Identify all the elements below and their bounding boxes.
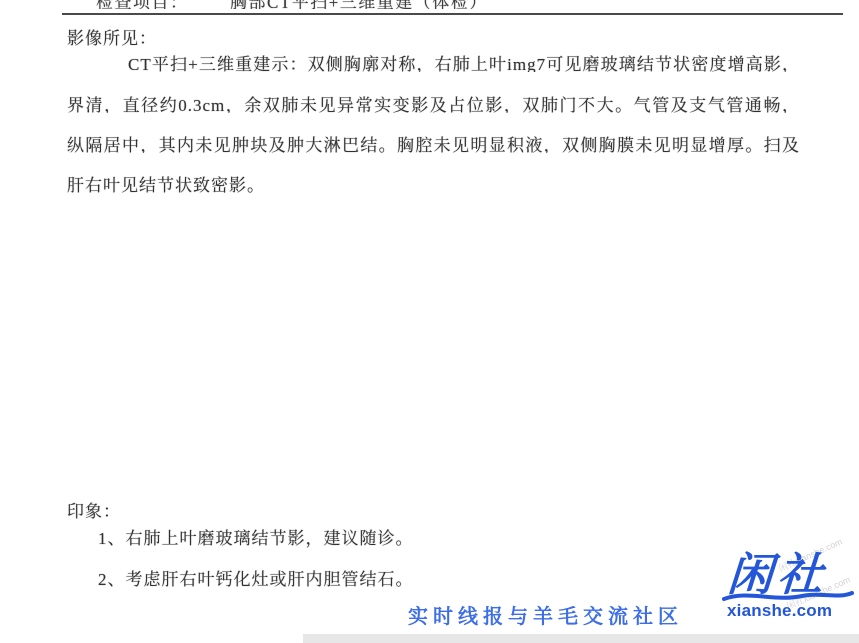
findings-line-3: 纵隔居中，其内未见肿块及肿大淋巴结。胸腔未见明显积液，双侧胸膜未见明显增厚。扫及 [67, 131, 800, 153]
header-divider [62, 13, 843, 15]
findings-section-label: 影像所见： [67, 24, 157, 49]
ct-report-page: 检查项目： 胸部CT平扫+三维重建（体检） 影像所见： CT平扫+三维重建示：双… [0, 0, 859, 643]
community-watermark-text: 实时线报与羊毛交流社区 [408, 600, 683, 629]
impression-item-1: 1、右肺上叶磨玻璃结节影，建议随诊。 [98, 524, 414, 549]
logo-domain-text: xianshe.com [727, 601, 832, 621]
exam-item-label: 检查项目： [96, 0, 189, 9]
bottom-gray-bar [303, 634, 859, 643]
exam-item-value: 胸部CT平扫+三维重建（体检） [230, 0, 488, 9]
impression-section-label: 印象： [67, 497, 121, 522]
findings-line-1: CT平扫+三维重建示：双侧胸廓对称，右肺上叶img7可见磨玻璃结节状密度增高影，… [128, 50, 800, 72]
impression-item-2: 2、考虑肝右叶钙化灶或肝内胆管结石。 [98, 565, 414, 590]
exam-item-row-clipped: 检查项目： 胸部CT平扫+三维重建（体检） [0, 0, 859, 9]
findings-line-4: 肝右叶见结节状致密影。 [67, 171, 265, 196]
findings-line-2: 界清，直径约0.3cm，余双肺未见异常实变影及占位影，双肺门不大。气管及支气管通… [67, 91, 800, 113]
xianshe-logo: 闲社xianshe.com 闲社xianshe.com 闲社 xianshe.c… [720, 540, 858, 626]
